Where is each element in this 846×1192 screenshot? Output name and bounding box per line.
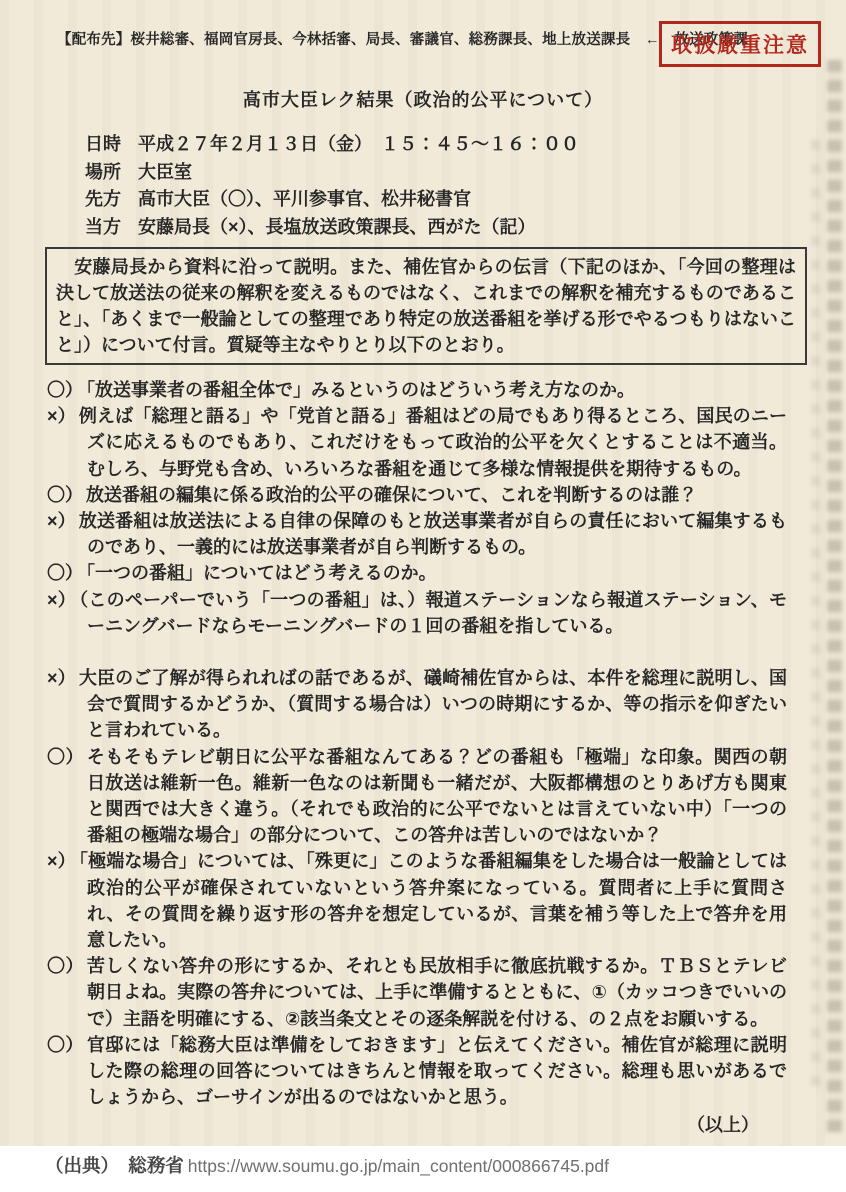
- qa-item: ×）「極端な場合」については、「殊更に」このような番組編集をした場合は一般論とし…: [47, 848, 787, 953]
- meta-label-datetime: 日時: [85, 131, 138, 159]
- qa-marker: 〇）: [47, 1035, 84, 1055]
- qa-text: 例えば「総理と語る」や「党首と語る」番組はどの局でもあり得るところ、国民のニーズ…: [79, 406, 787, 478]
- qa-item: ×）例えば「総理と語る」や「党首と語る」番組はどの局でもあり得るところ、国民のニ…: [47, 403, 787, 482]
- distribution-line: 【配布先】桜井総審、福岡官房長、今林括審、局長、審議官、総務課長、地上放送課長 …: [57, 28, 677, 49]
- qa-marker: 〇）: [47, 747, 84, 767]
- meta-value-ourside: 安藤局長（×）、長塩放送政策課長、西がた（記）: [138, 214, 536, 242]
- meta-block: 日時 平成２７年２月１３日（金） １５：４５～１６：００ 場所 大臣室 先方 高…: [85, 131, 579, 241]
- qa-text: 「一つの番組」についてはどう考えるのか。: [86, 563, 437, 583]
- qa-text: 放送番組の編集に係る政治的公平の確保について、これを判断するのは誰？: [86, 485, 697, 505]
- qa-marker: 〇）: [47, 956, 84, 976]
- qa-marker: 〇）: [47, 380, 83, 400]
- closing-mark: （以上）: [47, 1112, 787, 1138]
- qa-item: 〇）放送番組の編集に係る政治的公平の確保について、これを判断するのは誰？: [47, 482, 787, 508]
- source-caption: （出典） 総務省https://www.soumu.go.jp/main_con…: [45, 1152, 825, 1178]
- summary-box: 安藤局長から資料に沿って説明。また、補佐官からの伝言（下記のほか、「今回の整理は…: [45, 247, 807, 365]
- meta-value-datetime: 平成２７年２月１３日（金） １５：４５～１６：００: [138, 131, 579, 159]
- qa-item: ×）大臣のご了解が得られればの話であるが、礒崎補佐官からは、本件を総理に説明し、…: [47, 665, 787, 744]
- meta-label-place: 場所: [85, 159, 138, 187]
- qa-text: 「放送事業者の番組全体で」みるというのはどういう考え方なのか。: [86, 380, 635, 400]
- meta-row-counterpart: 先方 高市大臣（〇）、平川参事官、松井秘書官: [85, 186, 579, 214]
- scan-paper: 【配布先】桜井総審、福岡官房長、今林括審、局長、審議官、総務課長、地上放送課長 …: [0, 0, 846, 1146]
- qa-text: そもそもテレビ朝日に公平な番組なんてある？どの番組も「極端」な印象。関西の朝日放…: [87, 747, 787, 846]
- qa-text: 大臣のご了解が得られればの話であるが、礒崎補佐官からは、本件を総理に説明し、国会…: [79, 668, 787, 740]
- confidential-stamp: 取扱厳重注意: [659, 21, 821, 67]
- scanned-document-page: 【配布先】桜井総審、福岡官房長、今林括審、局長、審議官、総務課長、地上放送課長 …: [0, 0, 846, 1192]
- qa-marker: ×）: [47, 851, 76, 871]
- source-label: （出典） 総務省: [45, 1155, 184, 1176]
- meta-label-ourside: 当方: [85, 214, 138, 242]
- qa-item: 〇）「一つの番組」についてはどう考えるのか。: [47, 560, 787, 586]
- qa-item: 〇）官邸には「総務大臣は準備をしておきます」と伝えてください。補佐官が総理に説明…: [47, 1032, 787, 1111]
- bleed-through-right-2: [811, 140, 820, 1086]
- meta-value-counterpart: 高市大臣（〇）、平川参事官、松井秘書官: [138, 186, 471, 214]
- qa-list: 〇）「放送事業者の番組全体で」みるというのはどういう考え方なのか。 ×）例えば「…: [47, 377, 787, 1139]
- meta-row-ourside: 当方 安藤局長（×）、長塩放送政策課長、西がた（記）: [85, 214, 579, 242]
- qa-marker: ×）: [47, 590, 76, 610]
- qa-marker: ×）: [47, 668, 76, 688]
- qa-text: （このペーパーでいう「一つの番組」は、）報道ステーションなら報道ステーション、モ…: [79, 590, 787, 636]
- source-url: https://www.soumu.go.jp/main_content/000…: [188, 1156, 609, 1176]
- qa-item: 〇）そもそもテレビ朝日に公平な番組なんてある？どの番組も「極端」な印象。関西の朝…: [47, 744, 787, 849]
- qa-marker: ×）: [47, 406, 76, 426]
- qa-item: ×）（このペーパーでいう「一つの番組」は、）報道ステーションなら報道ステーション…: [47, 587, 787, 639]
- qa-marker: ×）: [47, 511, 76, 531]
- qa-marker: 〇）: [47, 563, 83, 583]
- meta-row-place: 場所 大臣室: [85, 159, 579, 187]
- qa-item: 〇）「放送事業者の番組全体で」みるというのはどういう考え方なのか。: [47, 377, 787, 403]
- qa-marker: 〇）: [47, 485, 83, 505]
- meta-row-datetime: 日時 平成２７年２月１３日（金） １５：４５～１６：００: [85, 131, 579, 159]
- qa-item: 〇）苦しくない答弁の形にするか、それとも民放相手に徹底抗戦するか。ＴＢＳとテレビ…: [47, 953, 787, 1032]
- meta-value-place: 大臣室: [138, 159, 192, 187]
- qa-text: 「極端な場合」については、「殊更に」このような番組編集をした場合は一般論としては…: [79, 851, 787, 950]
- qa-text: 官邸には「総務大臣は準備をしておきます」と伝えてください。補佐官が総理に説明した…: [87, 1035, 787, 1107]
- bleed-through-right: [827, 60, 842, 1132]
- qa-text: 放送番組は放送法による自律の保障のもと放送事業者が自らの責任において編集するもの…: [79, 511, 787, 557]
- document-title: 高市大臣レク結果（政治的公平について）: [0, 86, 846, 112]
- qa-item: ×）放送番組は放送法による自律の保障のもと放送事業者が自らの責任において編集する…: [47, 508, 787, 560]
- meta-label-counterpart: 先方: [85, 186, 138, 214]
- qa-text: 苦しくない答弁の形にするか、それとも民放相手に徹底抗戦するか。ＴＢＳとテレビ朝日…: [87, 956, 787, 1028]
